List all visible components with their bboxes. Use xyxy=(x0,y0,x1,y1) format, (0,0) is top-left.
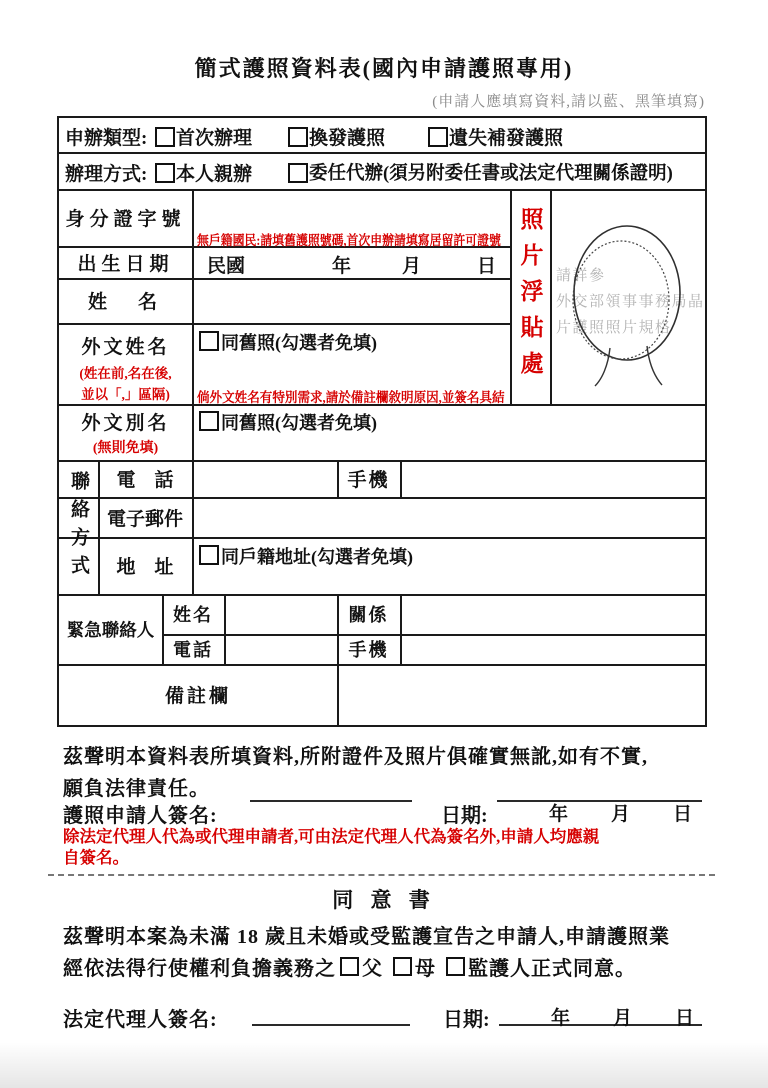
foreign-alias-hint: (無則免填) xyxy=(93,437,158,457)
email-input-area[interactable] xyxy=(192,497,705,537)
guardian-signature-field[interactable] xyxy=(252,1024,410,1026)
checkbox-mother[interactable] xyxy=(393,957,412,976)
option-renewal: 換發護照 xyxy=(309,123,385,150)
option-in-person: 本人親辦 xyxy=(176,159,252,186)
consent-option-mother: 母 xyxy=(415,952,436,981)
checkbox-in-person[interactable] xyxy=(155,163,175,183)
mobile-input-area[interactable] xyxy=(400,460,705,497)
contact-mobile-label: 手機 xyxy=(337,460,400,497)
emergency-name-label: 姓名 xyxy=(162,594,224,634)
applicant-signature-field[interactable] xyxy=(250,800,412,802)
applicant-date-day: 日 xyxy=(673,799,692,826)
method-label: 辦理方式: xyxy=(65,159,147,186)
form-table: 申辦類型: 首次辦理 換發護照 遺失補發護照 辦理方式: 本人親辦 委任代辦(須… xyxy=(57,116,707,727)
foreign-name-hint-2: 並以「,」區隔) xyxy=(81,383,170,403)
passport-form-page: 簡式護照資料表(國內申請護照專用) (申請人應填寫資料,請以藍、黑筆填寫) 申辦… xyxy=(0,0,768,1088)
name-label: 姓 名 xyxy=(59,278,192,323)
checkbox-father[interactable] xyxy=(340,957,359,976)
remarks-label: 備註欄 xyxy=(59,664,337,725)
birth-date-input-area[interactable] xyxy=(249,246,510,278)
declaration-line-2: 願負法律責任。 xyxy=(63,772,210,801)
emergency-contact-label: 緊急聯絡人 xyxy=(59,594,162,664)
checkbox-same-as-household-address[interactable] xyxy=(199,545,219,565)
consent-line-2: 經依法得行使權利負擔義務之 父 母 監護人 正式同意。 xyxy=(63,952,636,981)
photo-paste-column-label: 照片浮貼處 xyxy=(510,189,550,404)
consent-option-guardian: 監護人 xyxy=(468,952,531,981)
contact-address-label: 地 址 xyxy=(98,537,192,594)
declaration-line-1: 茲聲明本資料表所填資料,所附證件及照片俱確實無訛,如有不實, xyxy=(63,740,648,769)
consent-line-2-pre: 經依法得行使權利負擔義務之 xyxy=(63,952,336,981)
page-subtitle: (申請人應填寫資料,請以藍、黑筆填寫) xyxy=(432,90,705,111)
consent-title: 同 意 書 xyxy=(0,884,768,914)
remarks-input-area[interactable] xyxy=(337,664,705,725)
foreign-alias-input-area[interactable] xyxy=(192,432,705,460)
id-number-input-area[interactable] xyxy=(192,193,510,229)
checkbox-proxy[interactable] xyxy=(288,163,308,183)
signature-note-line-1: 除法定代理人代為或代理申請者,可由法定代理人代為簽名外,申請人均應親 xyxy=(63,823,599,847)
emergency-relation-input-area[interactable] xyxy=(400,594,705,634)
option-lost-replacement: 遺失補發護照 xyxy=(449,123,563,150)
birth-date-label: 出生日期 xyxy=(59,246,192,278)
emergency-name-input-area[interactable] xyxy=(224,594,337,634)
birth-era-label: 民國 xyxy=(207,251,245,278)
name-input-area[interactable] xyxy=(192,278,510,323)
guardian-date-label: 日期: xyxy=(443,1003,490,1032)
consent-line-2-post: 正式同意。 xyxy=(531,952,636,981)
applicant-date-month: 月 xyxy=(611,799,630,826)
address-input-area[interactable] xyxy=(192,564,705,594)
foreign-alias-label: 外文別名 xyxy=(81,408,169,435)
scan-shadow xyxy=(0,1042,768,1088)
contact-phone-label: 電 話 xyxy=(98,460,192,497)
apply-type-label: 申辦類型: xyxy=(65,123,147,150)
emergency-mobile-label: 手機 xyxy=(337,634,400,664)
contact-group-label: 聯絡方式 xyxy=(59,460,98,594)
id-number-label: 身分證字號 xyxy=(59,189,192,246)
emergency-phone-input-area[interactable] xyxy=(224,634,337,664)
section-divider xyxy=(48,874,715,876)
checkbox-lost-replacement[interactable] xyxy=(428,127,448,147)
applicant-date-field[interactable] xyxy=(497,800,702,802)
guardian-date-day: 日 xyxy=(675,1003,694,1030)
consent-option-father: 父 xyxy=(362,952,383,981)
option-proxy: 委任代辦(須另附委任書或法定代理關係證明) xyxy=(309,159,673,185)
foreign-name-input-area[interactable] xyxy=(192,350,510,384)
emergency-phone-label: 電話 xyxy=(162,634,224,664)
applicant-date-year: 年 xyxy=(549,799,568,826)
contact-email-label: 電子郵件 xyxy=(98,497,192,537)
guardian-date-year: 年 xyxy=(551,1003,570,1030)
phone-input-area[interactable] xyxy=(192,460,337,497)
signature-note-line-2: 自簽名。 xyxy=(63,844,129,868)
checkbox-first-time[interactable] xyxy=(155,127,175,147)
checkbox-renewal[interactable] xyxy=(288,127,308,147)
grid-line xyxy=(59,152,705,154)
emergency-mobile-input-area[interactable] xyxy=(400,634,705,664)
option-first-time: 首次辦理 xyxy=(176,123,252,150)
checkbox-foreign-name-same-as-old[interactable] xyxy=(199,331,219,351)
foreign-name-label: 外文姓名 xyxy=(81,332,169,359)
emergency-relation-label: 關係 xyxy=(337,594,400,634)
checkbox-alias-same-as-old[interactable] xyxy=(199,411,219,431)
foreign-name-note: 倘外文姓名有特別需求,請於備註欄敘明原因,並簽名具結 xyxy=(197,386,505,406)
consent-line-1: 茲聲明本案為未滿 18 歲且未婚或受監護宣告之申請人,申請護照業 xyxy=(63,920,670,949)
checkbox-guardian[interactable] xyxy=(446,957,465,976)
page-title: 簡式護照資料表(國內申請護照專用) xyxy=(0,52,768,83)
foreign-alias-label-cell: 外文別名 (無則免填) xyxy=(59,404,192,460)
guardian-signature-label: 法定代理人簽名: xyxy=(63,1003,218,1032)
guardian-date-field[interactable] xyxy=(499,1024,702,1026)
foreign-name-hint-1: (姓在前,名在後, xyxy=(79,362,171,382)
foreign-name-label-cell: 外文姓名 (姓在前,名在後, 並以「,」區隔) xyxy=(59,323,192,404)
photo-paste-area[interactable] xyxy=(550,189,705,404)
guardian-date-month: 月 xyxy=(613,1003,632,1030)
